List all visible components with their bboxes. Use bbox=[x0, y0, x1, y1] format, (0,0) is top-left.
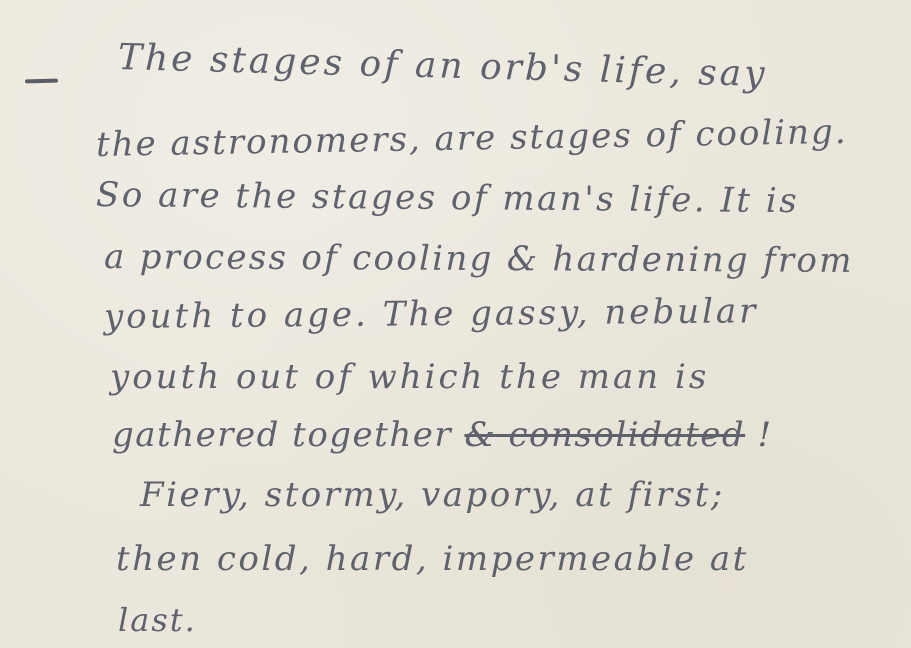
manuscript-line-9: then cold, hard, impermeable at bbox=[116, 542, 749, 576]
line-7-text: gathered together bbox=[112, 415, 452, 455]
line-7-exclamation: ! bbox=[745, 415, 772, 455]
manuscript-line-3: So are the stages of man's life. It is bbox=[96, 178, 799, 218]
manuscript-line-1: The stages of an orb's life, say bbox=[118, 40, 768, 93]
manuscript-line-6: youth out of which the man is bbox=[110, 360, 709, 394]
manuscript-line-7: gathered together & consolidated ! bbox=[112, 418, 773, 452]
struck-through-text: & consolidated bbox=[464, 415, 745, 455]
manuscript-page: The stages of an orb's life, say the ast… bbox=[0, 0, 911, 648]
manuscript-line-5: youth to age. The gassy, nebular bbox=[104, 294, 759, 334]
manuscript-line-10: last. bbox=[118, 604, 197, 636]
manuscript-line-2: the astronomers, are stages of cooling. bbox=[96, 115, 848, 162]
leading-dash bbox=[25, 79, 58, 84]
manuscript-line-4: a process of cooling & hardening from bbox=[104, 240, 854, 278]
manuscript-line-8: Fiery, stormy, vapory, at first; bbox=[140, 478, 725, 512]
